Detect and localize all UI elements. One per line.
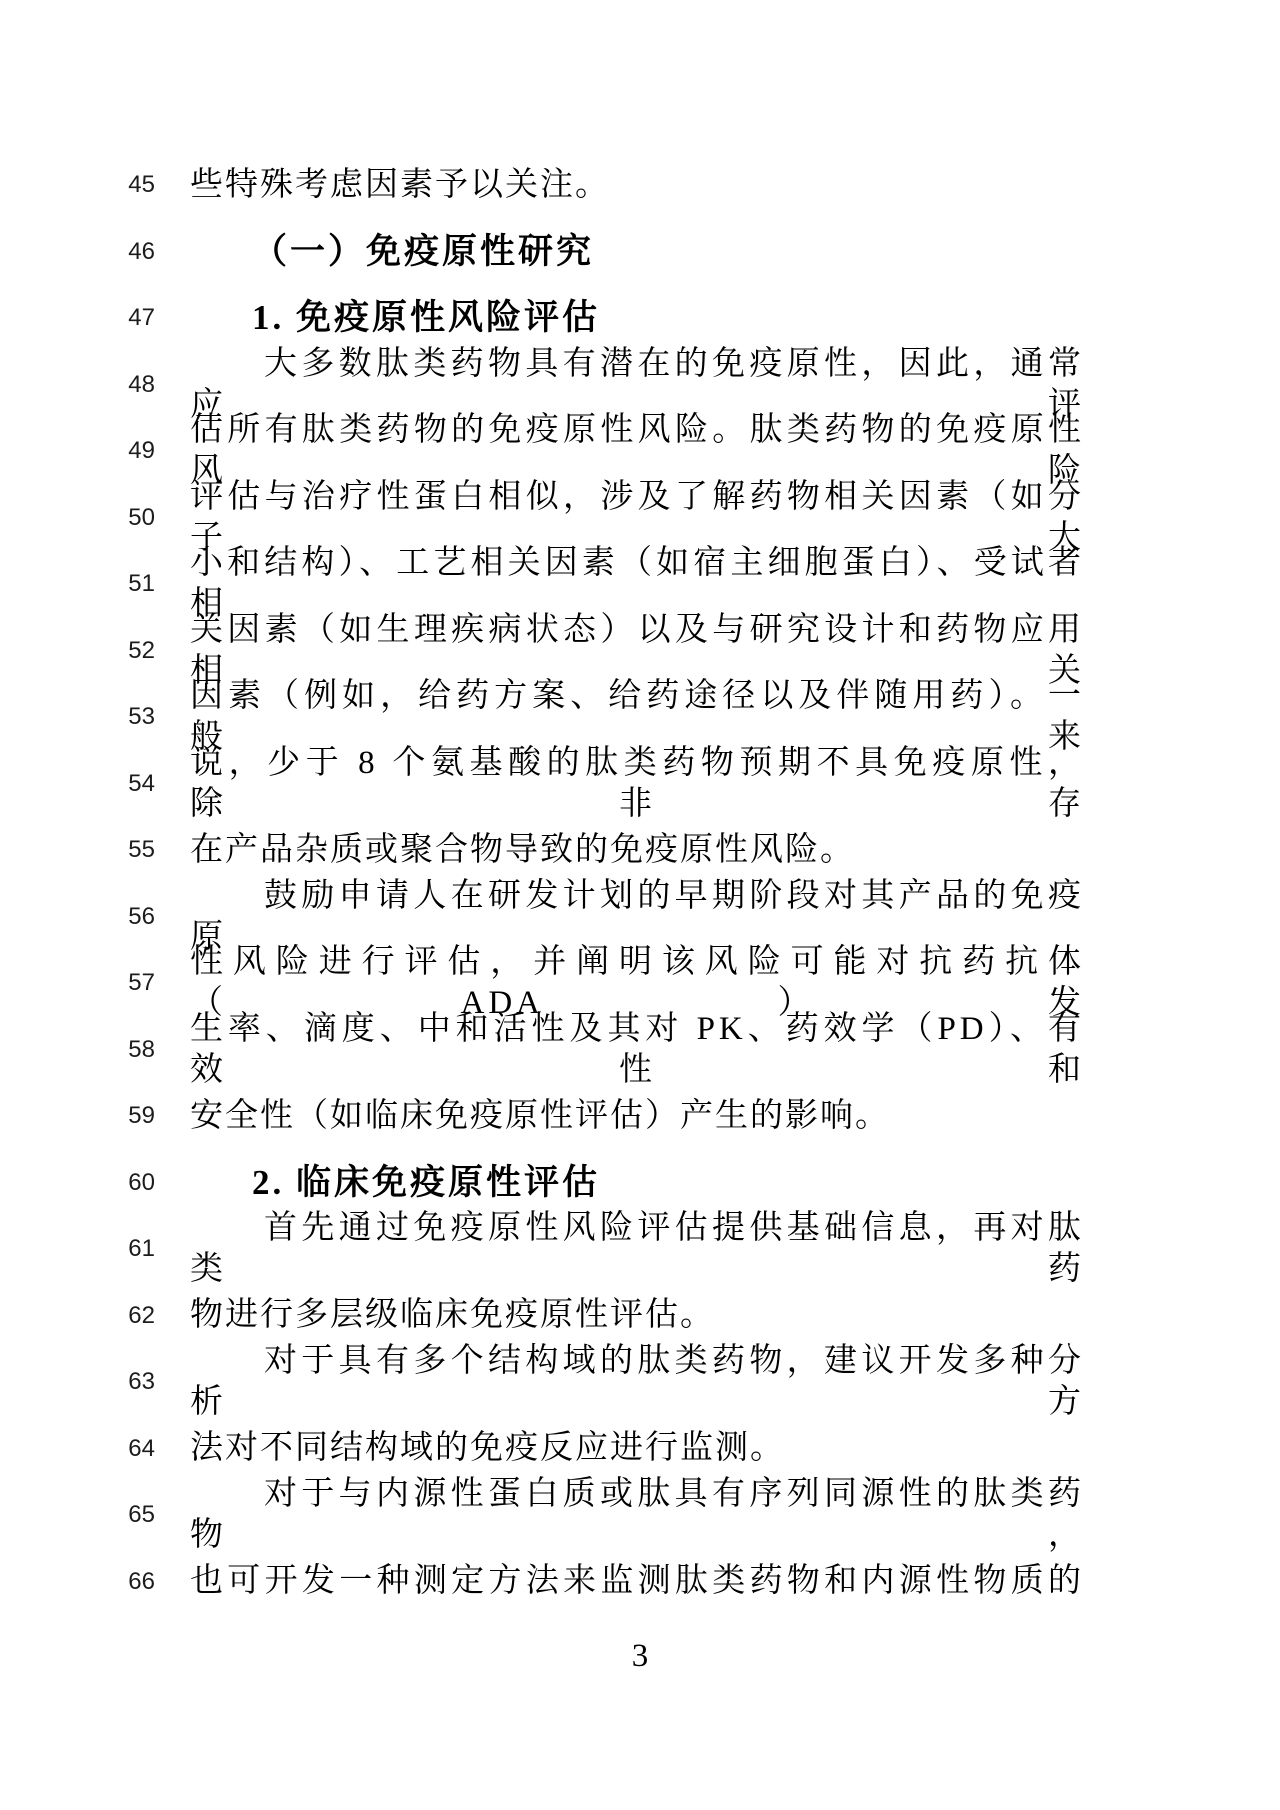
line-number: 46 bbox=[0, 238, 155, 266]
line-text: 也可开发一种测定方法来监测肽类药物和内源性物质的 bbox=[190, 1561, 1085, 1602]
line-number: 58 bbox=[0, 1036, 155, 1064]
line-number: 56 bbox=[0, 903, 155, 931]
document-line: 55在产品杂质或聚合物导致的免疫原性风险。 bbox=[0, 817, 1280, 884]
line-text: 法对不同结构域的免疫反应进行监测。 bbox=[190, 1428, 1085, 1469]
line-text: 安全性（如临床免疫原性评估）产生的影响。 bbox=[190, 1096, 1085, 1137]
document-line: 62物进行多层级临床免疫原性评估。 bbox=[0, 1283, 1280, 1350]
line-number: 59 bbox=[0, 1102, 155, 1130]
document-line: 52关因素（如生理疾病状态）以及与研究设计和药物应用相关 bbox=[0, 618, 1280, 685]
document-line: 51小和结构）、工艺相关因素（如宿主细胞蛋白）、受试者相 bbox=[0, 551, 1280, 618]
line-text: 首先通过免疫原性风险评估提供基础信息，再对肽类药 bbox=[190, 1208, 1085, 1291]
line-number: 65 bbox=[0, 1501, 155, 1529]
line-number: 47 bbox=[0, 304, 155, 332]
line-text: 些特殊考虑因素予以关注。 bbox=[190, 165, 1085, 206]
line-number: 54 bbox=[0, 770, 155, 798]
document-line: 59安全性（如临床免疫原性评估）产生的影响。 bbox=[0, 1083, 1280, 1150]
heading-text: 1. 免疫原性风险评估 bbox=[190, 296, 1085, 340]
line-text: 物进行多层级临床免疫原性评估。 bbox=[190, 1295, 1085, 1336]
line-text: 生率、滴度、中和活性及其对 PK、药效学（PD）、有效性和 bbox=[190, 1009, 1085, 1092]
document-line: 49估所有肽类药物的免疫原性风险。肽类药物的免疫原性风险 bbox=[0, 418, 1280, 485]
line-text: 在产品杂质或聚合物导致的免疫原性风险。 bbox=[190, 830, 1085, 871]
line-number: 60 bbox=[0, 1169, 155, 1197]
line-number: 49 bbox=[0, 437, 155, 465]
line-number: 50 bbox=[0, 504, 155, 532]
document-line: 65对于与内源性蛋白质或肽具有序列同源性的肽类药物， bbox=[0, 1482, 1280, 1549]
heading-text: 2. 临床免疫原性评估 bbox=[190, 1161, 1085, 1205]
document-line: 58生率、滴度、中和活性及其对 PK、药效学（PD）、有效性和 bbox=[0, 1017, 1280, 1084]
line-number: 64 bbox=[0, 1435, 155, 1463]
document-line: 46（一）免疫原性研究 bbox=[0, 219, 1280, 286]
line-number: 51 bbox=[0, 570, 155, 598]
document-line: 602. 临床免疫原性评估 bbox=[0, 1150, 1280, 1217]
line-number: 48 bbox=[0, 371, 155, 399]
line-text: 对于与内源性蛋白质或肽具有序列同源性的肽类药物， bbox=[190, 1474, 1085, 1557]
line-number: 45 bbox=[0, 171, 155, 199]
document-line: 53因素（例如，给药方案、给药途径以及伴随用药）。一般来 bbox=[0, 684, 1280, 751]
page-number: 3 bbox=[0, 1638, 1280, 1675]
line-text: 说，少于 8 个氨基酸的肽类药物预期不具免疫原性，除非存 bbox=[190, 743, 1085, 826]
line-text: 对于具有多个结构域的肽类药物，建议开发多种分析方 bbox=[190, 1341, 1085, 1424]
document-line: 56鼓励申请人在研发计划的早期阶段对其产品的免疫原 bbox=[0, 884, 1280, 951]
document-line: 57性风险进行评估，并阐明该风险可能对抗药抗体（ADA）发 bbox=[0, 950, 1280, 1017]
document-line: 63对于具有多个结构域的肽类药物，建议开发多种分析方 bbox=[0, 1349, 1280, 1416]
line-number: 66 bbox=[0, 1568, 155, 1596]
line-number: 62 bbox=[0, 1302, 155, 1330]
document-page: 45些特殊考虑因素予以关注。46（一）免疫原性研究471. 免疫原性风险评估48… bbox=[0, 0, 1280, 1810]
line-number: 57 bbox=[0, 969, 155, 997]
document-line: 45些特殊考虑因素予以关注。 bbox=[0, 152, 1280, 219]
document-line: 66也可开发一种测定方法来监测肽类药物和内源性物质的 bbox=[0, 1549, 1280, 1616]
document-line: 64法对不同结构域的免疫反应进行监测。 bbox=[0, 1416, 1280, 1483]
line-number: 61 bbox=[0, 1235, 155, 1263]
line-number: 55 bbox=[0, 836, 155, 864]
document-line: 48大多数肽类药物具有潜在的免疫原性，因此，通常应评 bbox=[0, 352, 1280, 419]
line-number: 53 bbox=[0, 703, 155, 731]
document-line: 54说，少于 8 个氨基酸的肽类药物预期不具免疫原性，除非存 bbox=[0, 751, 1280, 818]
document-line: 471. 免疫原性风险评估 bbox=[0, 285, 1280, 352]
line-number: 63 bbox=[0, 1368, 155, 1396]
text-lines: 45些特殊考虑因素予以关注。46（一）免疫原性研究471. 免疫原性风险评估48… bbox=[0, 152, 1280, 1615]
document-line: 50评估与治疗性蛋白相似，涉及了解药物相关因素（如分子大 bbox=[0, 485, 1280, 552]
line-number: 52 bbox=[0, 637, 155, 665]
heading-text: （一）免疫原性研究 bbox=[190, 230, 1085, 274]
document-line: 61首先通过免疫原性风险评估提供基础信息，再对肽类药 bbox=[0, 1216, 1280, 1283]
